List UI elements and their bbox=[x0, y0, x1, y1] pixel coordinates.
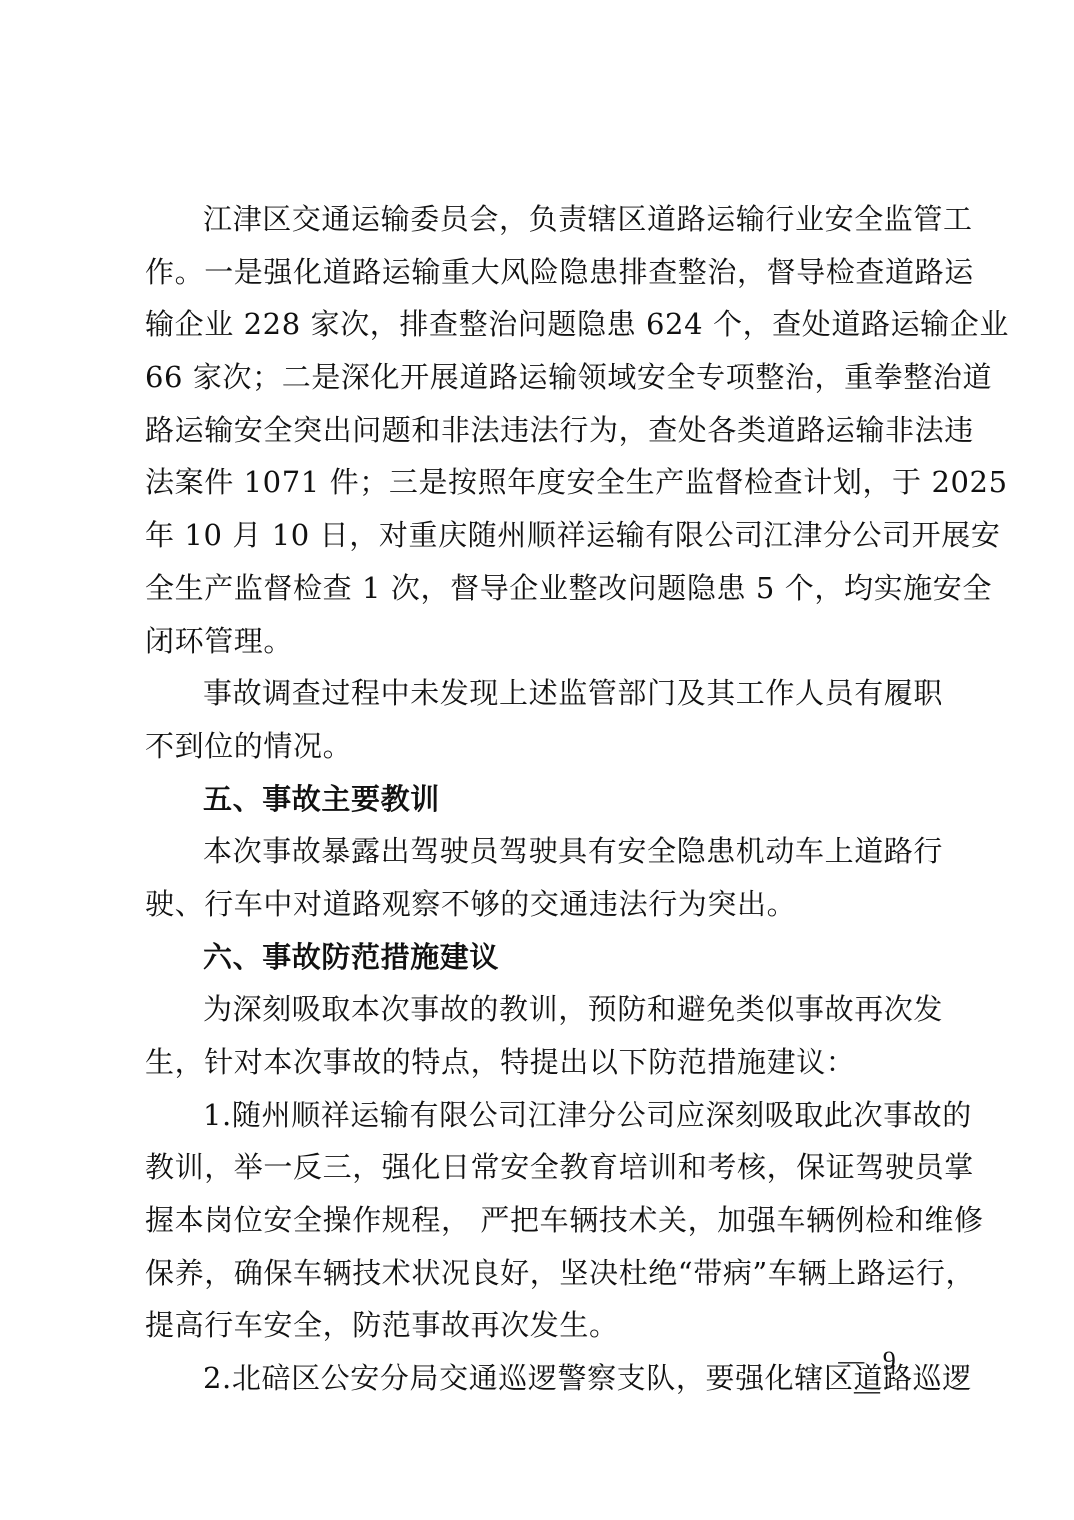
paragraph-line: 66 家次；二是深化开展道路运输领域安全专项整治，重拳整治道 bbox=[145, 351, 945, 404]
paragraph-line: 提高行车安全，防范事故再次发生。 bbox=[145, 1299, 945, 1352]
paragraph-line: 为深刻吸取本次事故的教训，预防和避免类似事故再次发 bbox=[145, 983, 945, 1036]
document-page: 江津区交通运输委员会，负责辖区道路运输行业安全监管工 作。一是强化道路运输重大风… bbox=[0, 0, 1074, 1520]
paragraph-line: 不到位的情况。 bbox=[145, 720, 945, 773]
section-heading-lessons: 五、事故主要教训 bbox=[145, 773, 945, 826]
paragraph-line: 生，针对本次事故的特点，特提出以下防范措施建议： bbox=[145, 1036, 945, 1089]
list-item-1: 1.随州顺祥运输有限公司江津分公司应深刻吸取此次事故的 bbox=[145, 1089, 945, 1142]
paragraph-line: 江津区交通运输委员会，负责辖区道路运输行业安全监管工 bbox=[145, 193, 945, 246]
paragraph-line: 全生产监督检查 1 次，督导企业整改问题隐患 5 个，均实施安全 bbox=[145, 562, 945, 615]
paragraph-line: 本次事故暴露出驾驶员驾驶具有安全隐患机动车上道路行 bbox=[145, 825, 945, 878]
paragraph-line: 路运输安全突出问题和非法违法行为，查处各类道路运输非法违 bbox=[145, 404, 945, 457]
paragraph-line: 作。一是强化道路运输重大风险隐患排查整治，督导检查道路运 bbox=[145, 246, 945, 299]
section-heading-prevention: 六、事故防范措施建议 bbox=[145, 931, 945, 984]
page-number: — 9 — bbox=[820, 1346, 920, 1406]
paragraph-line: 驶、行车中对道路观察不够的交通违法行为突出。 bbox=[145, 878, 945, 931]
paragraph-line: 法案件 1071 件；三是按照年度安全生产监督检查计划，于 2025 bbox=[145, 456, 945, 509]
paragraph-line: 年 10 月 10 日，对重庆随州顺祥运输有限公司江津分公司开展安 bbox=[145, 509, 945, 562]
paragraph-line: 保养，确保车辆技术状况良好，坚决杜绝“带病”车辆上路运行， bbox=[145, 1247, 945, 1300]
paragraph-line: 握本岗位安全操作规程， 严把车辆技术关，加强车辆例检和维修 bbox=[145, 1194, 945, 1247]
paragraph-line: 教训，举一反三，强化日常安全教育培训和考核，保证驾驶员掌 bbox=[145, 1141, 945, 1194]
body-text: 江津区交通运输委员会，负责辖区道路运输行业安全监管工 作。一是强化道路运输重大风… bbox=[145, 193, 945, 1405]
paragraph-line: 闭环管理。 bbox=[145, 615, 945, 668]
paragraph-line: 事故调查过程中未发现上述监管部门及其工作人员有履职 bbox=[145, 667, 945, 720]
paragraph-line: 输企业 228 家次，排查整治问题隐患 624 个，查处道路运输企业 bbox=[145, 298, 945, 351]
